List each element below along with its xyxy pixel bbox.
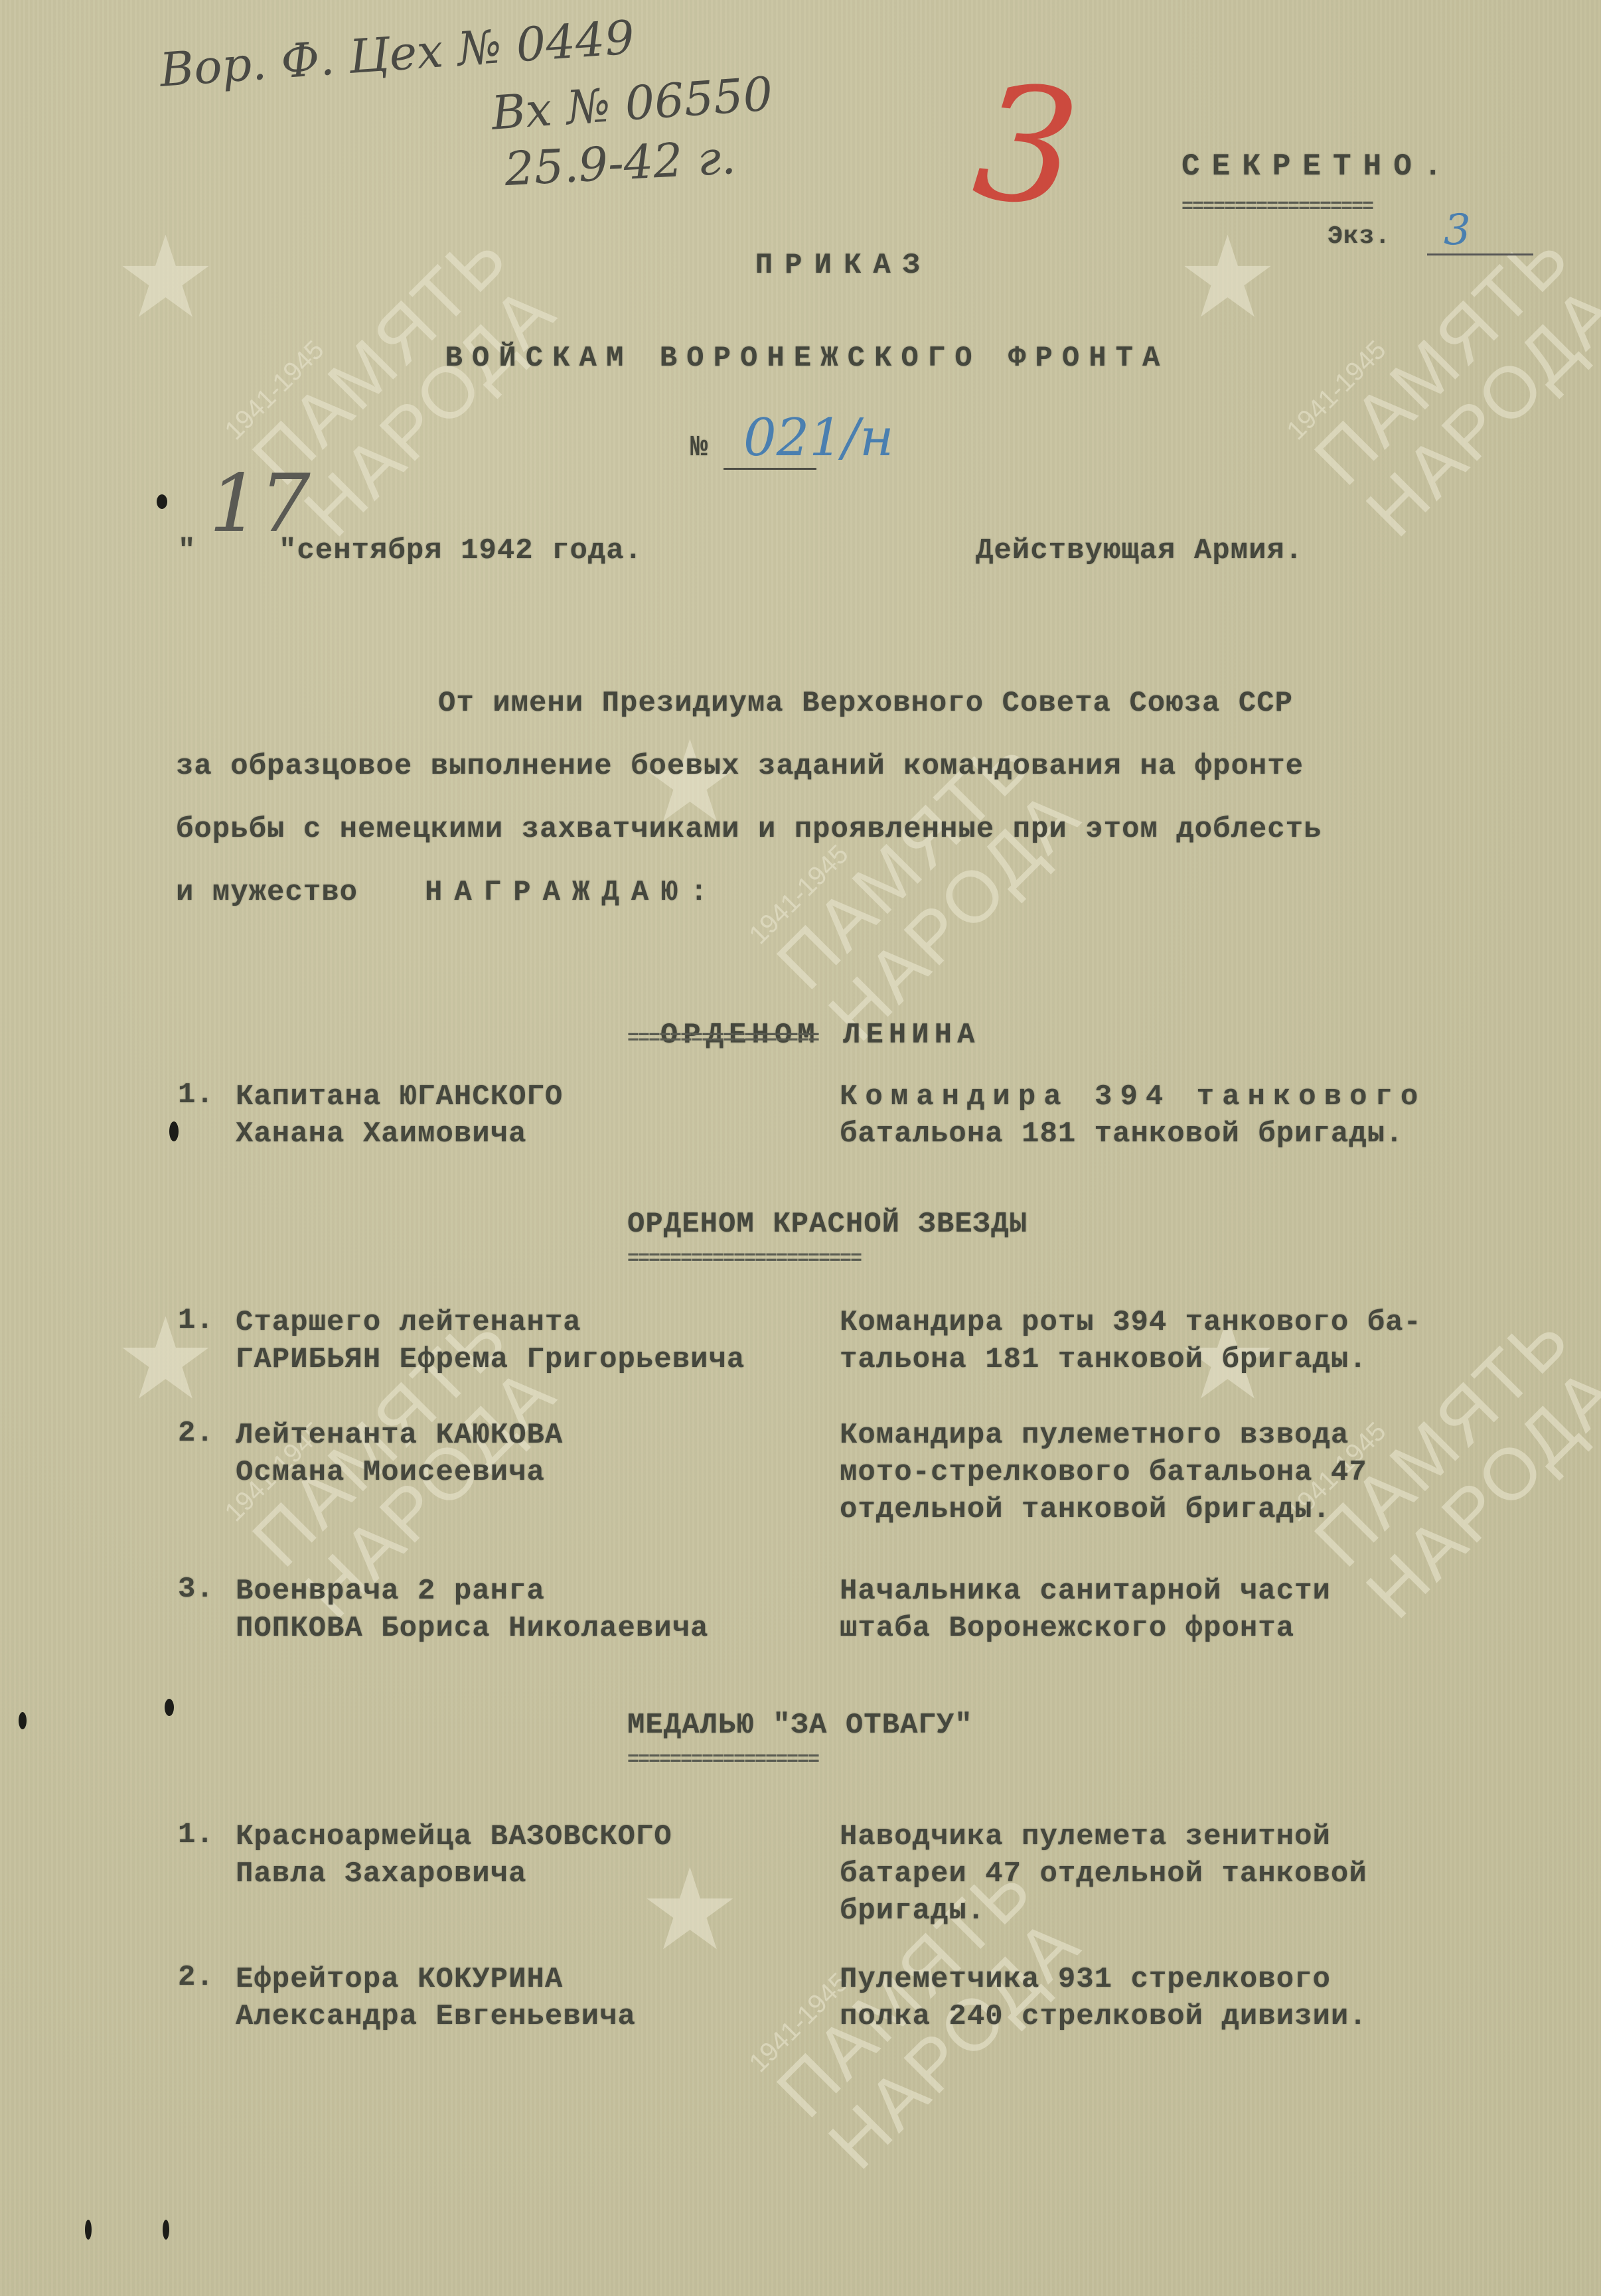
awardee-post-line1: Пулеметчика 931 стрелкового — [840, 1961, 1331, 1998]
red-copy-mark: 3 — [966, 48, 1087, 244]
awardee-number: 2. — [178, 1417, 214, 1450]
awardee-number: 1. — [178, 1304, 214, 1337]
preamble-line2: за образцовое выполнение боевых заданий … — [176, 750, 1304, 783]
preamble-line1: От имени Президиума Верховного Совета Со… — [438, 687, 1293, 720]
awardee-given-names: Османа Моисеевича — [236, 1454, 545, 1491]
document-subtitle: ВОЙСКАМ ВОРОНЕЖСКОГО ФРОНТА — [0, 342, 1601, 375]
document-title: ПРИКАЗ — [0, 249, 1601, 282]
awardee-rank: Старшего лейтенанта — [236, 1304, 581, 1341]
binding-hole — [165, 1699, 174, 1716]
binding-hole — [19, 1712, 27, 1729]
preamble-award-verb: НАГРАЖДАЮ: — [425, 876, 720, 909]
awardee-number: 3. — [178, 1573, 214, 1606]
classification-label: СЕКРЕТНО. — [1182, 149, 1454, 184]
section-heading-medal-for-courage: МЕДАЛЬЮ "ЗА ОТВАГУ" — [627, 1709, 973, 1742]
awardee-full-name: ГАРИБЬЯН Ефрема Григорьевича — [236, 1341, 745, 1378]
awardee-post-line1: Наводчика пулемета зенитной — [840, 1818, 1331, 1855]
order-date: "сентября 1942 года. — [279, 534, 643, 567]
order-number-prefix: № — [690, 431, 708, 465]
date-quote-open: " — [178, 534, 196, 567]
awardee-post-line3: отдельной танковой бригады. — [840, 1491, 1331, 1528]
classification-underline: ================== — [1182, 196, 1373, 218]
awardee-post-line3: бригады. — [840, 1893, 985, 1930]
awardee-post-line2: штаба Воронежского фронта — [840, 1610, 1294, 1647]
order-number: 021/н — [743, 408, 894, 468]
awardee-post-line2: батальона 181 танковой бригады. — [840, 1115, 1404, 1153]
awardee-given-names: Ханана Хаимовича — [236, 1115, 526, 1153]
awardee-rank-surname: Ефрейтора КОКУРИНА — [236, 1961, 563, 1998]
section-underline: ================== — [627, 1027, 818, 1050]
awardee-rank: Военврача 2 ранга — [236, 1573, 545, 1610]
awardee-rank-surname: Лейтенанта КАЮКОВА — [236, 1417, 563, 1454]
awardee-rank-surname: Красноармейца ВАЗОВСКОГО — [236, 1818, 672, 1855]
section-underline: ================== — [627, 1749, 818, 1771]
awardee-post-line1: Командира 394 танкового — [840, 1078, 1426, 1115]
awardee-post-line1: Командира роты 394 танкового ба- — [840, 1304, 1422, 1341]
awardee-number: 1. — [178, 1078, 214, 1112]
copy-number: 3 — [1444, 206, 1471, 255]
binding-hole — [169, 1121, 179, 1141]
awardee-rank-surname: Капитана ЮГАНСКОГО — [236, 1078, 563, 1115]
binding-hole — [157, 494, 167, 509]
awardee-post-line2: мото-стрелкового батальона 47 — [840, 1454, 1367, 1491]
awardee-post-line1: Начальника санитарной части — [840, 1573, 1331, 1610]
order-number-underline — [724, 468, 816, 470]
awardee-given-names: Александра Евгеньевича — [236, 1998, 636, 2035]
awardee-full-name: ПОПКОВА Бориса Николаевича — [236, 1610, 709, 1647]
awardee-post-line1: Командира пулеметного взвода — [840, 1417, 1349, 1454]
preamble-line3: борьбы с немецкими захватчиками и проявл… — [176, 813, 1322, 846]
section-heading-order-of-red-star: ОРДЕНОМ КРАСНОЙ ЗВЕЗДЫ — [627, 1208, 1028, 1241]
binding-hole — [163, 2220, 169, 2240]
awardee-given-names: Павла Захаровича — [236, 1855, 526, 1893]
copy-label: Экз. — [1328, 222, 1391, 251]
binding-hole — [85, 2220, 92, 2240]
preamble-line4-prefix: и мужество — [176, 876, 358, 909]
awardee-number: 1. — [178, 1818, 214, 1851]
awardee-post-line2: полка 240 стрелковой дивизии. — [840, 1998, 1367, 2035]
awardee-post-line2: батареи 47 отдельной танковой — [840, 1855, 1367, 1893]
section-underline: ====================== — [627, 1248, 861, 1270]
order-location: Действующая Армия. — [976, 534, 1303, 567]
awardee-post-line2: тальона 181 танковой бригады. — [840, 1341, 1367, 1378]
awardee-number: 2. — [178, 1961, 214, 1994]
